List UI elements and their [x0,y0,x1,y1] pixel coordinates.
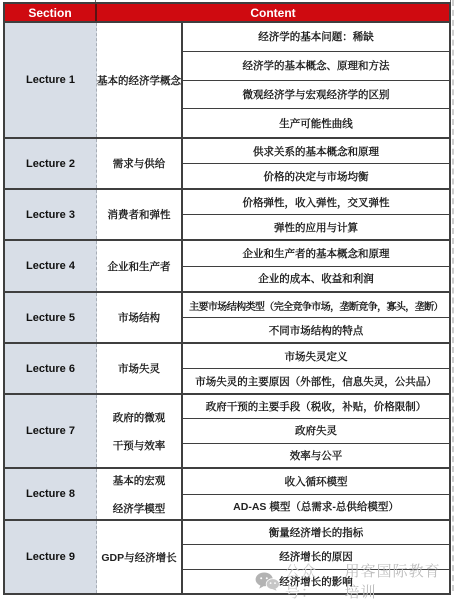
section-column-header: Section [5,4,97,21]
lecture-row: Lecture 9GDP与经济增长衡量经济增长的指标经济增长的原因经济增长的影响 [5,519,449,593]
course-outline-table: Section Content Lecture 1基本的经济学概念经济学的基本问… [3,2,451,595]
lecture-topic: 市场结构 [97,293,183,342]
content-item: 价格的决定与市场均衡 [183,163,449,188]
content-item: 效率与公平 [183,443,449,467]
content-item: 政府干预的主要手段（税收，补贴，价格限制） [183,395,449,418]
page: Section Content Lecture 1基本的经济学概念经济学的基本问… [0,0,454,599]
content-item: 经济学的基本问题：稀缺 [183,23,449,51]
content-column: 经济学的基本问题：稀缺经济学的基本概念、原理和方法微观经济学与宏观经济学的区别生… [183,23,449,137]
table-body: Lecture 1基本的经济学概念经济学的基本问题：稀缺经济学的基本概念、原理和… [5,21,449,593]
content-item: 衡量经济增长的指标 [183,521,449,544]
lecture-topic: 政府的微观干预与效率 [97,395,183,467]
lecture-topic-line: 政府的微观 [113,410,166,425]
content-item: 市场失灵的主要原因（外部性，信息失灵，公共品） [183,368,449,393]
lecture-topic-line: 市场失灵 [118,361,160,376]
content-column: 供求关系的基本概念和原理价格的决定与市场均衡 [183,139,449,188]
lecture-label: Lecture 2 [5,139,97,188]
lecture-label: Lecture 6 [5,344,97,393]
content-item: 经济学的基本概念、原理和方法 [183,51,449,80]
lecture-topic: 市场失灵 [97,344,183,393]
content-column: 收入循环模型AD-AS 模型（总需求-总供给模型） [183,469,449,519]
content-item: 价格弹性，收入弹性，交叉弹性 [183,190,449,214]
lecture-row: Lecture 1基本的经济学概念经济学的基本问题：稀缺经济学的基本概念、原理和… [5,21,449,137]
lecture-label: Lecture 1 [5,23,97,137]
lecture-row: Lecture 5市场结构主要市场结构类型（完全竞争市场，垄断竞争，寡头，垄断）… [5,291,449,342]
lecture-row: Lecture 4企业和生产者企业和生产者的基本概念和原理企业的成本、收益和利润 [5,239,449,291]
content-column: 市场失灵定义市场失灵的主要原因（外部性，信息失灵，公共品） [183,344,449,393]
content-item: 收入循环模型 [183,469,449,494]
lecture-topic: GDP与经济增长 [97,521,183,593]
content-item: 市场失灵定义 [183,344,449,368]
lecture-label: Lecture 7 [5,395,97,467]
content-column: 主要市场结构类型（完全竞争市场，垄断竞争，寡头，垄断）不同市场结构的特点 [183,293,449,342]
lecture-topic-line: 经济学模型 [113,501,166,516]
content-item: AD-AS 模型（总需求-总供给模型） [183,494,449,520]
content-item: 经济增长的原因 [183,544,449,568]
content-item: 企业的成本、收益和利润 [183,266,449,292]
content-item: 企业和生产者的基本概念和原理 [183,241,449,266]
content-item: 微观经济学与宏观经济学的区别 [183,80,449,109]
content-column: 价格弹性，收入弹性，交叉弹性弹性的应用与计算 [183,190,449,239]
lecture-row: Lecture 2需求与供给供求关系的基本概念和原理价格的决定与市场均衡 [5,137,449,188]
lecture-label: Lecture 4 [5,241,97,291]
lecture-row: Lecture 7政府的微观干预与效率政府干预的主要手段（税收，补贴，价格限制）… [5,393,449,467]
content-column: 企业和生产者的基本概念和原理企业的成本、收益和利润 [183,241,449,291]
table-header-row: Section Content [5,4,449,21]
content-item: 不同市场结构的特点 [183,317,449,342]
lecture-label: Lecture 9 [5,521,97,593]
content-column: 政府干预的主要手段（税收，补贴，价格限制）政府失灵效率与公平 [183,395,449,467]
lecture-label: Lecture 8 [5,469,97,519]
lecture-topic: 基本的宏观经济学模型 [97,469,183,519]
lecture-row: Lecture 3消费者和弹性价格弹性，收入弹性，交叉弹性弹性的应用与计算 [5,188,449,239]
lecture-topic-line: GDP与经济增长 [101,550,176,565]
lecture-topic-line: 需求与供给 [113,156,166,171]
content-item: 供求关系的基本概念和原理 [183,139,449,163]
content-item: 生产可能性曲线 [183,108,449,137]
lecture-label: Lecture 5 [5,293,97,342]
lecture-row: Lecture 6市场失灵市场失灵定义市场失灵的主要原因（外部性，信息失灵，公共… [5,342,449,393]
lecture-topic-line: 干预与效率 [113,438,166,453]
lecture-topic-line: 企业和生产者 [108,259,171,274]
content-column: 衡量经济增长的指标经济增长的原因经济增长的影响 [183,521,449,593]
lecture-topic: 消费者和弹性 [97,190,183,239]
lecture-label: Lecture 3 [5,190,97,239]
lecture-topic: 企业和生产者 [97,241,183,291]
lecture-topic-line: 消费者和弹性 [108,207,171,222]
content-item: 政府失灵 [183,418,449,442]
lecture-topic-line: 基本的经济学概念 [97,73,181,88]
lecture-topic-line: 基本的宏观 [113,473,166,488]
lecture-row: Lecture 8基本的宏观经济学模型收入循环模型AD-AS 模型（总需求-总供… [5,467,449,519]
lecture-topic-line: 市场结构 [118,310,160,325]
content-item: 经济增长的影响 [183,569,449,593]
lecture-topic: 需求与供给 [97,139,183,188]
content-item: 弹性的应用与计算 [183,214,449,239]
content-column-header: Content [97,4,449,21]
lecture-topic: 基本的经济学概念 [97,23,183,137]
content-item: 主要市场结构类型（完全竞争市场，垄断竞争，寡头，垄断） [183,293,449,317]
